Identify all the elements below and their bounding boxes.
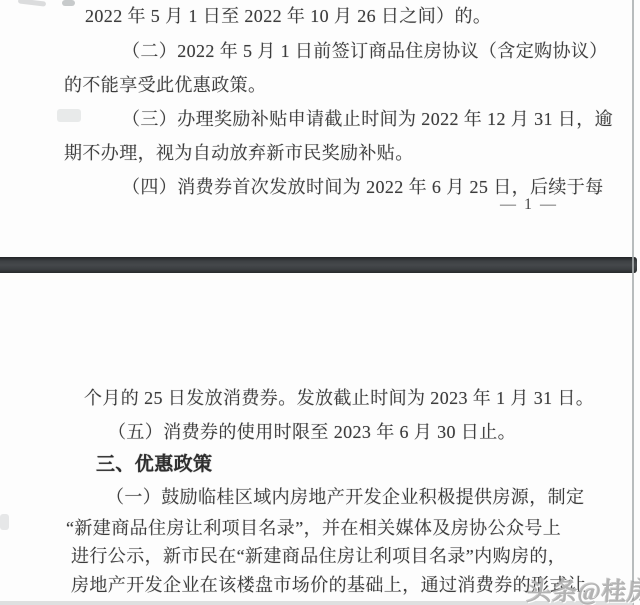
scanned-document: 2022 年 5 月 1 日至 2022 年 10 月 26 日之间）的。 （二… bbox=[0, 0, 640, 605]
page1-line: 的不能享受此优惠政策。 bbox=[64, 76, 266, 94]
page1-line: 期不办理，视为自动放弃新市民奖励补贴。 bbox=[64, 144, 414, 162]
page2-line: 进行公示，新市民在“新建商品住房让利项目名录”内购房的， bbox=[71, 547, 566, 565]
scan-smudge bbox=[0, 514, 9, 530]
page-number: — 1 — bbox=[500, 196, 558, 214]
page2-line: （一）鼓励临桂区域内房地产开发企业积极提供房源，制定 bbox=[106, 488, 584, 506]
page1-line: （四）消费券首次发放时间为 2022 年 6 月 25 日，后续于每 bbox=[122, 178, 604, 196]
page1-line: 2022 年 5 月 1 日至 2022 年 10 月 26 日之间）的。 bbox=[85, 7, 491, 25]
page2-line: 房地产开发企业在该楼盘市场价的基础上，通过消费券的形式让 bbox=[71, 576, 586, 594]
page2-line: （五）消费券的使用时限至 2023 年 6 月 30 日止。 bbox=[108, 423, 516, 441]
section-heading: 三、优惠政策 bbox=[96, 455, 212, 474]
scan-smudge bbox=[62, 0, 75, 6]
page-break-band bbox=[0, 257, 637, 273]
page2-line: 个月的 25 日发放消费券。发放截止时间为 2023 年 1 月 31 日。 bbox=[84, 389, 594, 407]
scan-smudge bbox=[57, 109, 81, 122]
watermark: 头条@桂房网 bbox=[526, 572, 640, 605]
scan-edge-line bbox=[632, 0, 634, 605]
scan-smudge bbox=[18, 0, 46, 7]
page1-line: （三）办理奖励补贴申请截止时间为 2022 年 12 月 31 日，逾 bbox=[122, 110, 613, 128]
page1-line: （二）2022 年 5 月 1 日前签订商品住房协议（含定购协议） bbox=[122, 42, 608, 60]
page2-line: “新建商品住房让利项目名录”，并在相关媒体及房协公众号上 bbox=[66, 519, 561, 537]
